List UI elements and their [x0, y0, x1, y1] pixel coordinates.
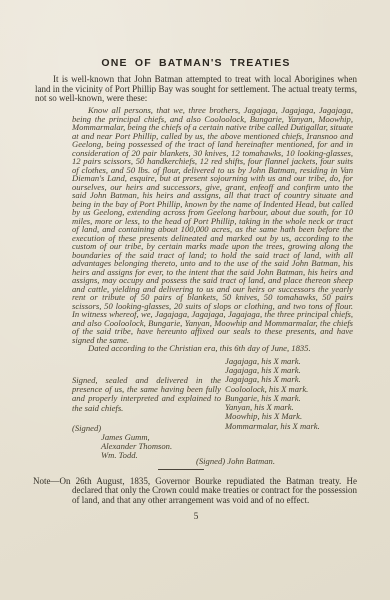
witness-name: Wm. Todd.	[101, 451, 172, 460]
divider-rule	[158, 469, 204, 470]
attestation-text: Signed, sealed and delivered in the pres…	[72, 376, 221, 413]
treaty-text: Know all persons, that we, three brother…	[72, 106, 353, 344]
signature-section: Jagajaga, his X mark. Jagajaga, his X ma…	[72, 357, 357, 475]
signed-label: (Signed)	[72, 423, 101, 433]
mark-line: Mommarmalar, his X mark.	[225, 422, 320, 431]
intro-paragraph: It is well-known that John Batman attemp…	[35, 75, 357, 104]
page-number: 5	[35, 512, 357, 522]
scanned-book-page: ONE OF BATMAN'S TREATIES It is well-know…	[0, 0, 390, 600]
note-paragraph: Note—On 26th August, 1835, Governor Bour…	[33, 477, 357, 506]
page-content: ONE OF BATMAN'S TREATIES It is well-know…	[35, 0, 357, 522]
dated-line: Dated according to the Christian era, th…	[72, 344, 353, 353]
marks-column: Jagajaga, his X mark. Jagajaga, his X ma…	[225, 357, 320, 431]
page-title: ONE OF BATMAN'S TREATIES	[35, 57, 357, 69]
witnesses-column: James Gumm, Alexander Thomson. Wm. Todd.	[101, 433, 172, 461]
treaty-block: Know all persons, that we, three brother…	[72, 106, 353, 353]
batman-signature: (Signed) John Batman.	[196, 456, 275, 466]
